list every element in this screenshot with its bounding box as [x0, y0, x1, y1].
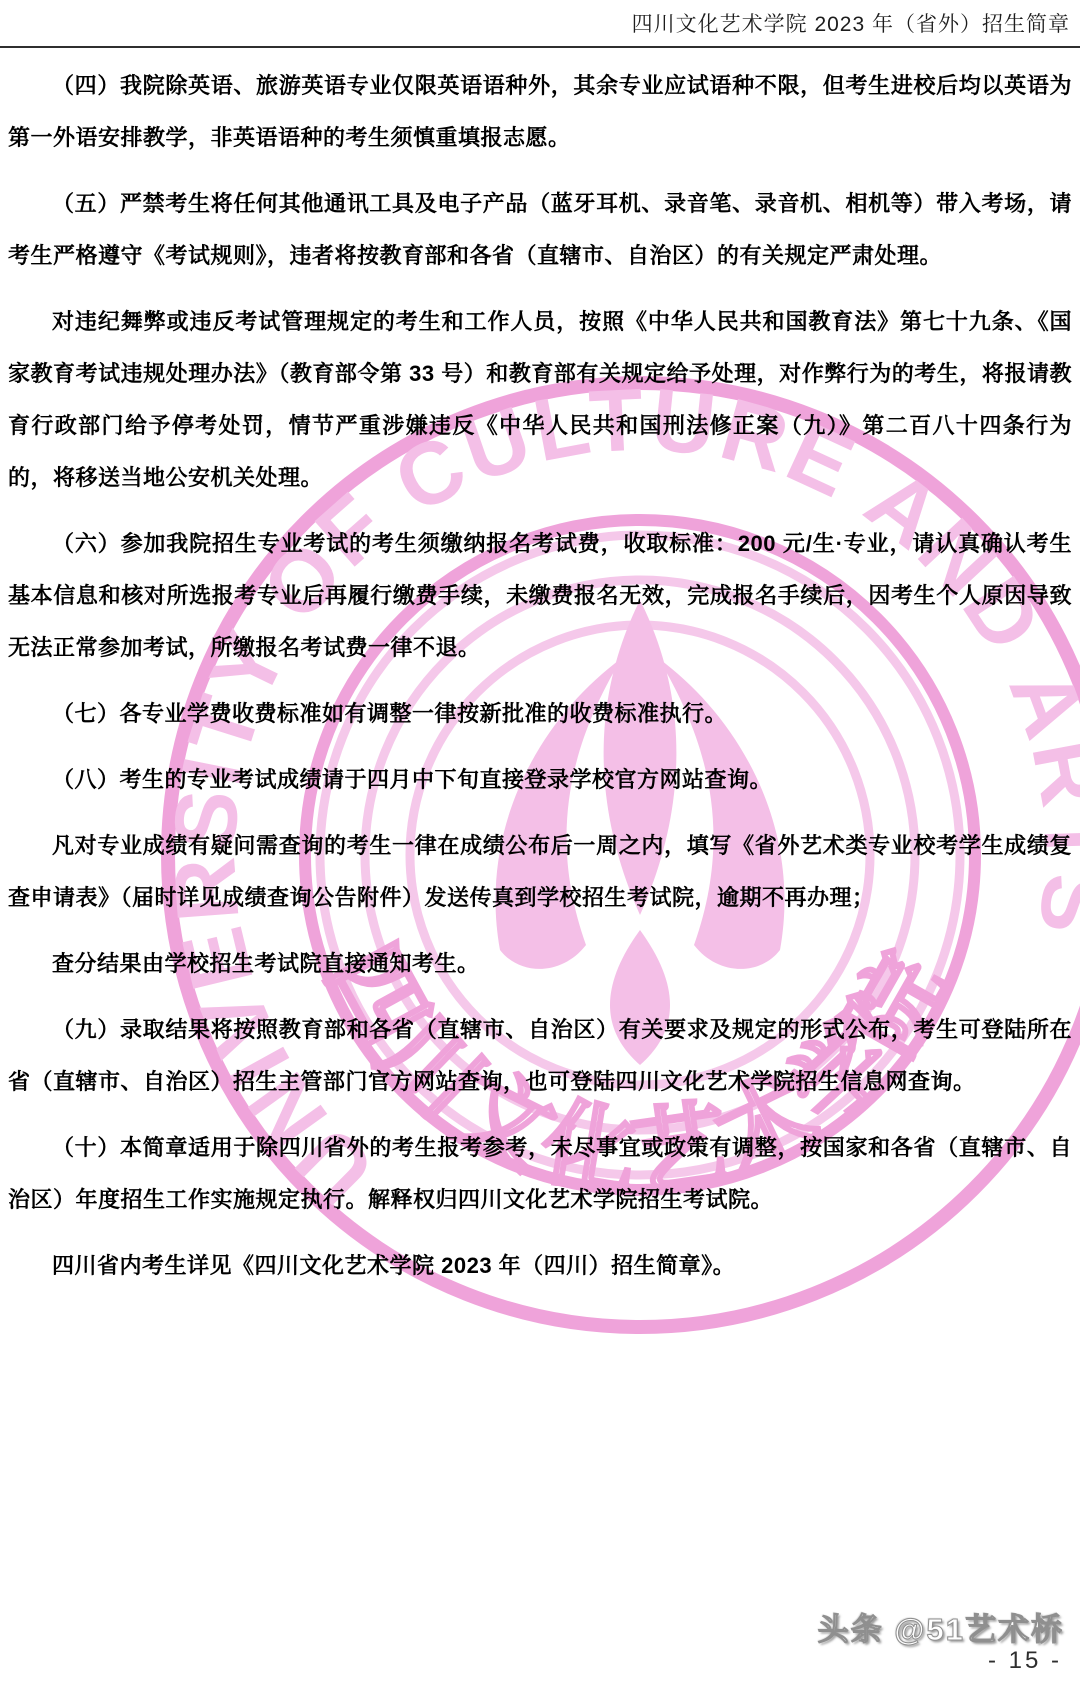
paragraph-score-review: 凡对专业成绩有疑问需查询的考生一律在成绩公布后一周之内，填写《省外艺术类专业校考… — [8, 820, 1072, 924]
paragraph-clause-7: （七）各专业学费收费标准如有调整一律按新批准的收费标准执行。 — [8, 688, 1072, 740]
paragraph-clause-6: （六）参加我院招生专业考试的考生须缴纳报名考试费，收取标准：200 元/生·专业… — [8, 518, 1072, 674]
paragraph-sichuan-note: 四川省内考生详见《四川文化艺术学院 2023 年（四川）招生简章》。 — [8, 1240, 1072, 1292]
toutiao-watermark: 头条 @51艺术桥 — [818, 1604, 1064, 1649]
paragraph-clause-9: （九）录取结果将按照教育部和各省（直辖市、自治区）有关要求及规定的形式公布，考生… — [8, 1004, 1072, 1108]
paragraph-clause-4: （四）我院除英语、旅游英语专业仅限英语语种外，其余专业应试语种不限，但考生进校后… — [8, 60, 1072, 164]
paragraph-clause-8: （八）考生的专业考试成绩请于四月中下旬直接登录学校官方网站查询。 — [8, 754, 1072, 806]
page-header: 四川文化艺术学院 2023 年（省外）招生简章 — [0, 0, 1080, 48]
paragraph-score-notify: 查分结果由学校招生考试院直接通知考生。 — [8, 938, 1072, 990]
document-body: （四）我院除英语、旅游英语专业仅限英语语种外，其余专业应试语种不限，但考生进校后… — [8, 60, 1072, 1306]
page-number: - 15 - — [988, 1647, 1062, 1675]
paragraph-clause-5: （五）严禁考生将任何其他通讯工具及电子产品（蓝牙耳机、录音笔、录音机、相机等）带… — [8, 178, 1072, 282]
paragraph-clause-10: （十）本简章适用于除四川省外的考生报考参考，未尽事宜或政策有调整，按国家和各省（… — [8, 1122, 1072, 1226]
document-title: 四川文化艺术学院 2023 年（省外）招生简章 — [632, 13, 1070, 36]
paragraph-discipline: 对违纪舞弊或违反考试管理规定的考生和工作人员，按照《中华人民共和国教育法》第七十… — [8, 296, 1072, 504]
document-page: UNIVERSITY OF CULTURE AND ARTS 四川文化艺术学院 … — [0, 0, 1080, 1681]
